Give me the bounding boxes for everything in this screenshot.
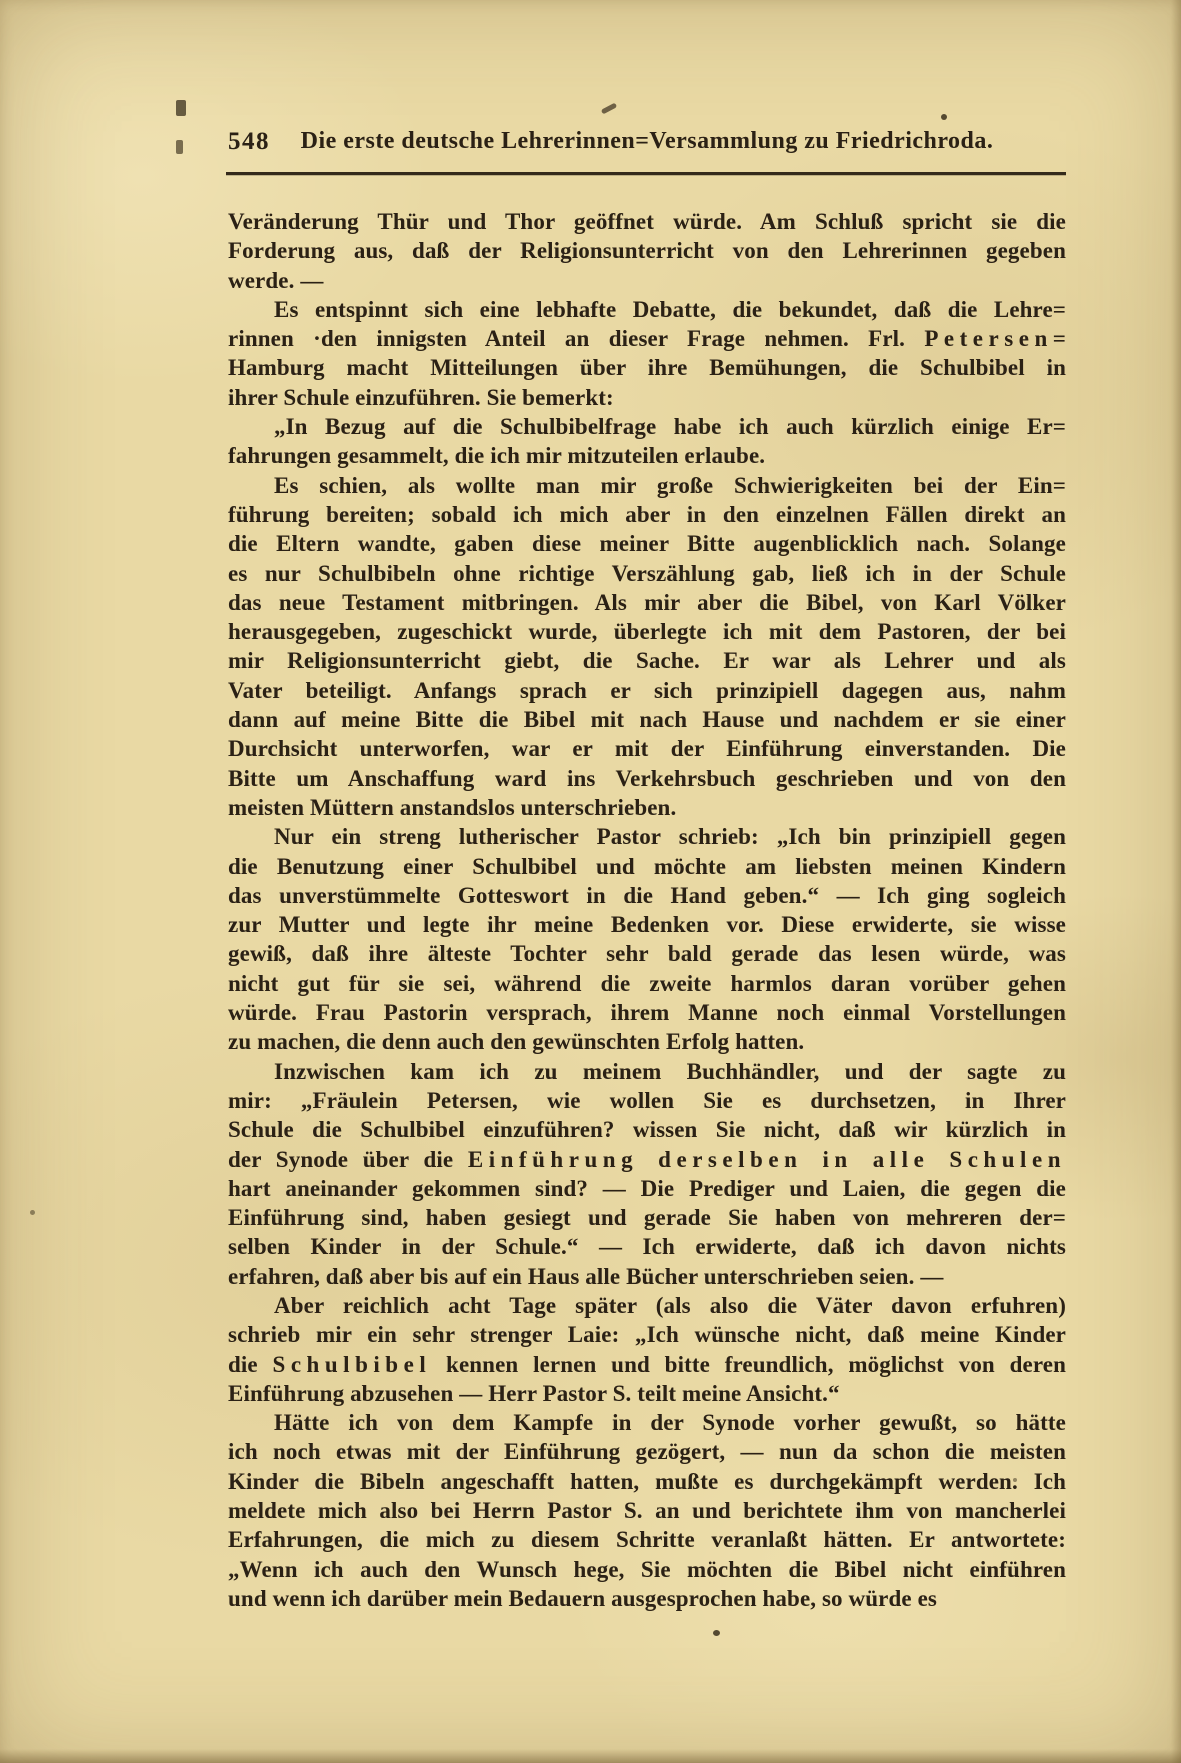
text-line: dann auf meine Bitte die Bibel mit nach …	[228, 705, 1066, 734]
text-line: ihrer Schule einzuführen. Sie bemerkt:	[228, 383, 1066, 412]
text-line: nicht gut für sie sei, während die zweit…	[228, 969, 1066, 998]
text-line: Kinder die Bibeln angeschafft hatten, mu…	[228, 1467, 1066, 1496]
text-line: meldete mich also bei Herrn Pastor S. an…	[228, 1496, 1066, 1525]
text-line: rinnen ·den innigsten Anteil an dieser F…	[228, 324, 1066, 353]
paper-speck	[176, 140, 183, 154]
text-line: gewiß, daß ihre älteste Tochter sehr bal…	[228, 939, 1066, 968]
page-header: 548 Die erste deutsche Lehrerinnen=Versa…	[228, 128, 1066, 155]
text-line: Hätte ich von dem Kampfe in der Synode v…	[228, 1408, 1066, 1437]
book-page: 548 Die erste deutsche Lehrerinnen=Versa…	[0, 0, 1181, 1763]
text-line: Es schien, als wollte man mir große Schw…	[228, 471, 1066, 500]
text-line: Bitte um Anschaffung ward ins Verkehrsbu…	[228, 764, 1066, 793]
text-line: Einführung sind, haben gesiegt und gerad…	[228, 1203, 1066, 1232]
header-rule	[226, 172, 1066, 175]
text-line: Hamburg macht Mitteilungen über ihre Bem…	[228, 353, 1066, 382]
text-line: es nur Schulbibeln ohne richtige Verszäh…	[228, 559, 1066, 588]
text-line: Aber reichlich acht Tage später (als als…	[228, 1291, 1066, 1320]
text-line: Schule die Schulbibel einzuführen? wisse…	[228, 1115, 1066, 1144]
text-segment: der Synode über die	[228, 1147, 468, 1172]
text-segment: kennen lernen und bitte freundlich, mögl…	[431, 1352, 1066, 1377]
letterspaced-text: Petersen	[924, 326, 1052, 351]
text-line: „Wenn ich auch den Wunsch hege, Sie möch…	[228, 1555, 1066, 1584]
text-line: Forderung aus, daß der Religionsunterric…	[228, 236, 1066, 265]
text-line: mir: „Fräulein Petersen, wie wollen Sie …	[228, 1086, 1066, 1115]
text-line: Einführung abzusehen — Herr Pastor S. te…	[228, 1379, 1066, 1408]
text-line: und wenn ich darüber mein Bedauern ausge…	[228, 1584, 1066, 1613]
text-line: Durchsicht unterworfen, war er mit der E…	[228, 734, 1066, 763]
text-line: die Eltern wandte, gaben diese meiner Bi…	[228, 529, 1066, 558]
text-line: herausgegeben, zugeschickt wurde, überle…	[228, 617, 1066, 646]
page-text-block: Veränderung Thür und Thor geöffnet würde…	[228, 207, 1066, 1613]
text-line: die Schulbibel kennen lernen und bitte f…	[228, 1350, 1066, 1379]
text-line: selben Kinder in der Schule.“ — Ich erwi…	[228, 1232, 1066, 1261]
text-line: zu machen, die denn auch den gewünschten…	[228, 1027, 1066, 1056]
text-segment: rinnen ·den innigsten Anteil an dieser F…	[228, 326, 924, 351]
paper-speck	[30, 1210, 35, 1215]
page-number: 548	[228, 128, 270, 156]
text-line: Erfahrungen, die mich zu diesem Schritte…	[228, 1525, 1066, 1554]
letterspaced-text: Schulbibel	[273, 1352, 432, 1377]
letterspaced-text: Einführung derselben in alle Schulen	[468, 1147, 1066, 1172]
text-line: werde. —	[228, 266, 1066, 295]
text-line: die Benutzung einer Schulbibel und möcht…	[228, 852, 1066, 881]
page-edge-shadow-right	[1171, 0, 1181, 1763]
text-line: würde. Frau Pastorin versprach, ihrem Ma…	[228, 998, 1066, 1027]
text-line: ich noch etwas mit der Einführung gezöge…	[228, 1437, 1066, 1466]
text-line: erfahren, daß aber bis auf ein Haus alle…	[228, 1262, 1066, 1291]
text-line: Nur ein streng lutherischer Pastor schri…	[228, 822, 1066, 851]
running-title: Die erste deutsche Lehrerinnen=Versammlu…	[301, 128, 994, 154]
text-segment: die	[228, 1352, 273, 1377]
page-edge-shadow-bottom	[0, 1749, 1181, 1763]
text-line: Vater beteiligt. Anfangs sprach er sich …	[228, 676, 1066, 705]
text-line: das unverstümmelte Gotteswort in die Han…	[228, 881, 1066, 910]
text-line: das neue Testament mitbringen. Als mir a…	[228, 588, 1066, 617]
paper-speck	[1013, 1478, 1017, 1482]
text-line: mir Religionsunterricht giebt, die Sache…	[228, 646, 1066, 675]
text-line: Veränderung Thür und Thor geöffnet würde…	[228, 207, 1066, 236]
text-line: „In Bezug auf die Schulbibelfrage habe i…	[228, 412, 1066, 441]
text-line: Inzwischen kam ich zu meinem Buchhändler…	[228, 1057, 1066, 1086]
text-line: hart aneinander gekommen sind? — Die Pre…	[228, 1174, 1066, 1203]
text-line: führung bereiten; sobald ich mich aber i…	[228, 500, 1066, 529]
text-line: fahrungen gesammelt, die ich mir mitzute…	[228, 441, 1066, 470]
text-line: meisten Müttern anstandslos unterschrieb…	[228, 793, 1066, 822]
text-line: der Synode über die Einführung derselben…	[228, 1145, 1066, 1174]
paper-speck	[176, 100, 186, 116]
text-line: Es entspinnt sich eine lebhafte Debatte,…	[228, 295, 1066, 324]
text-line: schrieb mir ein sehr strenger Laie: „Ich…	[228, 1320, 1066, 1349]
text-line: zur Mutter und legte ihr meine Bedenken …	[228, 910, 1066, 939]
text-segment: =	[1053, 326, 1066, 351]
paper-speck	[713, 1630, 720, 1636]
paper-speck	[601, 103, 617, 115]
paper-speck	[941, 114, 947, 120]
